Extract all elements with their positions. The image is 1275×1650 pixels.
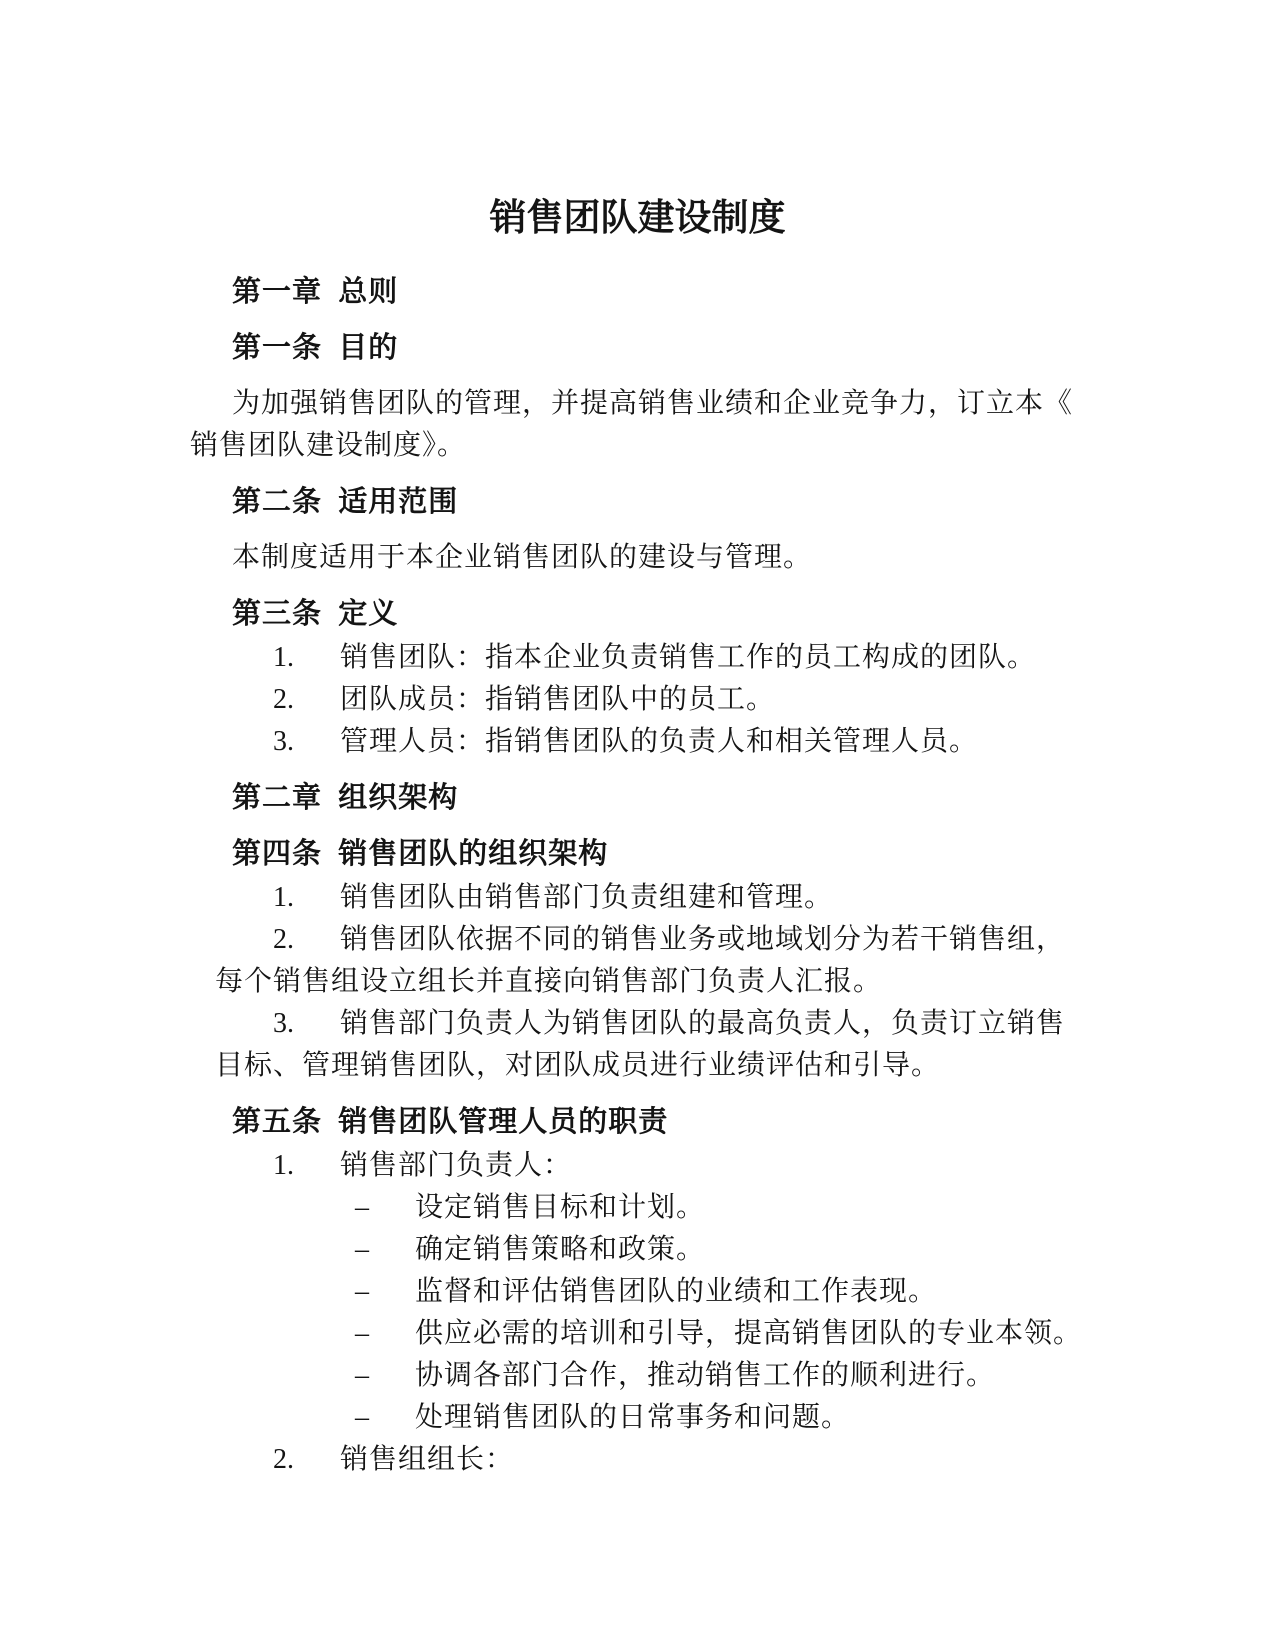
sub-list-text: 设定销售目标和计划。 <box>415 1192 705 1223</box>
list-item: 1.销售团队由销售部门负责组建和管理。 <box>190 877 1275 919</box>
dash-bullet: – <box>355 1397 415 1439</box>
sub-list-text: 协调各部门合作，推动销售工作的顺利进行。 <box>415 1360 995 1391</box>
sub-list-item: –监督和评估销售团队的业绩和工作表现。 <box>190 1271 1275 1313</box>
list-number: 1. <box>215 1145 340 1187</box>
list-text: 销售团队依据不同的销售业务或地域划分为若干销售组， 每个销售组设立组长并直接向销… <box>215 924 1065 997</box>
article-heading-2: 第二条 适用范围 <box>190 481 1275 523</box>
list-item: 2.销售团队依据不同的销售业务或地域划分为若干销售组， 每个销售组设立组长并直接… <box>190 919 1275 1003</box>
list-item: 1.销售部门负责人： <box>190 1145 1275 1187</box>
dash-bullet: – <box>355 1229 415 1271</box>
sub-list-item: –设定销售目标和计划。 <box>190 1187 1275 1229</box>
paragraph-purpose: 为加强销售团队的管理，并提高销售业绩和企业竞争力，订立本《 销售团队建设制度》。 <box>190 383 1275 467</box>
sub-list-item: –协调各部门合作，推动销售工作的顺利进行。 <box>190 1355 1275 1397</box>
paragraph-scope: 本制度适用于本企业销售团队的建设与管理。 <box>190 537 1275 579</box>
sub-list-text: 供应必需的培训和引导，提高销售团队的专业本领。 <box>415 1318 1082 1349</box>
dash-bullet: – <box>355 1187 415 1229</box>
sub-list-text: 监督和评估销售团队的业绩和工作表现。 <box>415 1276 937 1307</box>
list-number: 2. <box>215 679 340 721</box>
dash-bullet: – <box>355 1355 415 1397</box>
document-page: 销售团队建设制度 第一章 总则 第一条 目的 为加强销售团队的管理，并提高销售业… <box>0 0 1275 1650</box>
list-number: 2. <box>215 1439 340 1481</box>
article-heading-4: 第四条 销售团队的组织架构 <box>190 833 1275 875</box>
list-text: 销售团队由销售部门负责组建和管理。 <box>340 882 833 913</box>
dash-bullet: – <box>355 1271 415 1313</box>
sub-list-text: 确定销售策略和政策。 <box>415 1234 705 1265</box>
list-item: 1.销售团队：指本企业负责销售工作的员工构成的团队。 <box>190 637 1275 679</box>
list-text: 销售团队：指本企业负责销售工作的员工构成的团队。 <box>340 642 1036 673</box>
list-number: 3. <box>215 721 340 763</box>
list-number: 1. <box>215 877 340 919</box>
sub-list-item: –确定销售策略和政策。 <box>190 1229 1275 1271</box>
list-text: 销售组组长： <box>340 1444 514 1475</box>
list-number: 1. <box>215 637 340 679</box>
list-item: 3.销售部门负责人为销售团队的最高负责人，负责订立销售 目标、管理销售团队，对团… <box>190 1003 1275 1087</box>
chapter-heading-1: 第一章 总则 <box>190 271 1275 313</box>
list-text: 团队成员：指销售团队中的员工。 <box>340 684 775 715</box>
list-text: 销售部门负责人： <box>340 1150 572 1181</box>
sub-list-item: –处理销售团队的日常事务和问题。 <box>190 1397 1275 1439</box>
list-text: 管理人员：指销售团队的负责人和相关管理人员。 <box>340 726 978 757</box>
list-number: 3. <box>215 1003 340 1045</box>
list-item: 2.销售组组长： <box>190 1439 1275 1481</box>
document-title: 销售团队建设制度 <box>190 196 1085 242</box>
list-item: 3.管理人员：指销售团队的负责人和相关管理人员。 <box>190 721 1275 763</box>
document-content: 销售团队建设制度 第一章 总则 第一条 目的 为加强销售团队的管理，并提高销售业… <box>0 0 1275 1481</box>
list-number: 2. <box>215 919 340 961</box>
article-heading-1: 第一条 目的 <box>190 327 1275 369</box>
chapter-heading-2: 第二章 组织架构 <box>190 777 1275 819</box>
article-heading-5: 第五条 销售团队管理人员的职责 <box>190 1101 1275 1143</box>
article-heading-3: 第三条 定义 <box>190 593 1275 635</box>
sub-list-text: 处理销售团队的日常事务和问题。 <box>415 1402 850 1433</box>
dash-bullet: – <box>355 1313 415 1355</box>
list-text: 销售部门负责人为销售团队的最高负责人，负责订立销售 目标、管理销售团队，对团队成… <box>215 1008 1065 1081</box>
sub-list-item: –供应必需的培训和引导，提高销售团队的专业本领。 <box>190 1313 1275 1355</box>
list-item: 2.团队成员：指销售团队中的员工。 <box>190 679 1275 721</box>
